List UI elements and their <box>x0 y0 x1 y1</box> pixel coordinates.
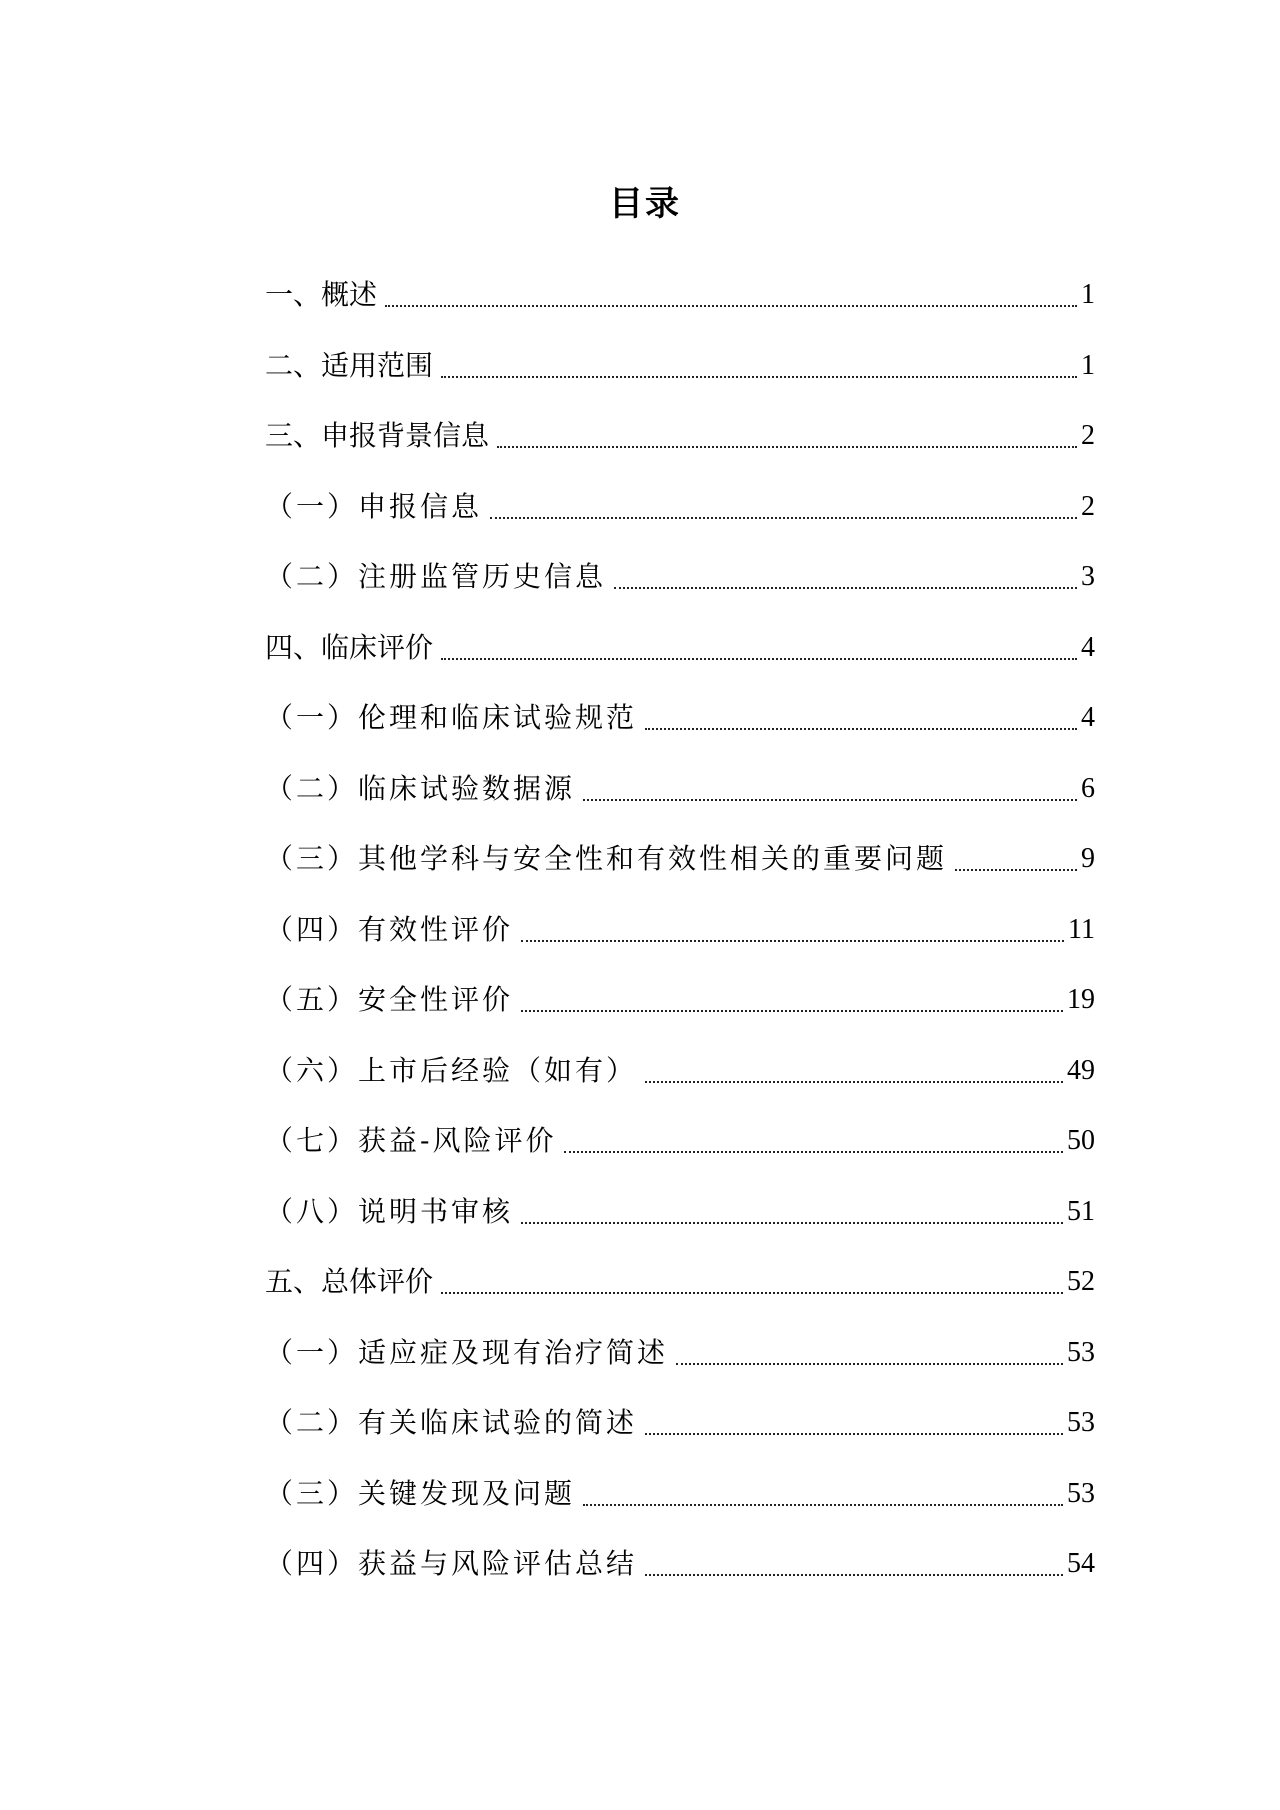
table-of-contents: 一、概述1 二、适用范围1 三、申报背景信息2 （一）申报信息2 （二）注册监管… <box>265 275 1095 1615</box>
toc-entry-label: （八）说明书审核 <box>265 1192 517 1232</box>
toc-entry[interactable]: 四、临床评价4 <box>265 628 1095 699</box>
dot-leader <box>441 346 1077 378</box>
toc-entry-label: （四）获益与风险评估总结 <box>265 1544 641 1584</box>
toc-entry[interactable]: （四）获益与风险评估总结54 <box>265 1544 1095 1615</box>
toc-entry-page: 4 <box>1081 698 1095 738</box>
toc-entry[interactable]: （五）安全性评价19 <box>265 980 1095 1051</box>
page-title: 目录 <box>0 176 1280 225</box>
dot-leader <box>645 1051 1063 1083</box>
toc-entry-page: 52 <box>1067 1262 1095 1302</box>
toc-entry-label: （六）上市后经验（如有） <box>265 1051 641 1091</box>
toc-entry[interactable]: （三）关键发现及问题53 <box>265 1474 1095 1545</box>
toc-entry-page: 53 <box>1067 1333 1095 1373</box>
dot-leader <box>521 910 1064 942</box>
toc-entry-page: 49 <box>1067 1051 1095 1091</box>
toc-entry-page: 3 <box>1081 557 1095 597</box>
dot-leader <box>614 557 1077 589</box>
toc-entry-label: 一、概述 <box>265 275 381 315</box>
toc-entry-page: 2 <box>1081 487 1095 527</box>
toc-entry-label: 二、适用范围 <box>265 346 437 386</box>
toc-entry-label: （二）有关临床试验的简述 <box>265 1403 641 1443</box>
dot-leader <box>521 1192 1063 1224</box>
toc-entry[interactable]: （一）申报信息2 <box>265 487 1095 558</box>
toc-entry[interactable]: 二、适用范围1 <box>265 346 1095 417</box>
toc-entry[interactable]: 三、申报背景信息2 <box>265 416 1095 487</box>
toc-entry[interactable]: （二）临床试验数据源6 <box>265 769 1095 840</box>
dot-leader <box>490 487 1077 519</box>
toc-entry-label: （二）临床试验数据源 <box>265 769 579 809</box>
toc-entry-label: （五）安全性评价 <box>265 980 517 1020</box>
toc-entry-page: 6 <box>1081 769 1095 809</box>
dot-leader <box>441 1262 1063 1294</box>
toc-entry-page: 1 <box>1081 346 1095 386</box>
toc-entry-page: 1 <box>1081 275 1095 315</box>
dot-leader <box>441 628 1077 660</box>
toc-entry-label: 三、申报背景信息 <box>265 416 493 456</box>
toc-entry-page: 50 <box>1067 1121 1095 1161</box>
toc-entry-label: （三）其他学科与安全性和有效性相关的重要问题 <box>265 839 951 879</box>
toc-entry[interactable]: （一）伦理和临床试验规范4 <box>265 698 1095 769</box>
dot-leader <box>385 275 1077 307</box>
toc-entry[interactable]: （一）适应症及现有治疗简述53 <box>265 1333 1095 1404</box>
toc-entry-label: （二）注册监管历史信息 <box>265 557 610 597</box>
toc-entry-label: 五、总体评价 <box>265 1262 437 1302</box>
toc-entry-label: （四）有效性评价 <box>265 910 517 950</box>
dot-leader <box>497 416 1077 448</box>
toc-entry-page: 53 <box>1067 1403 1095 1443</box>
toc-entry[interactable]: （八）说明书审核51 <box>265 1192 1095 1263</box>
dot-leader <box>645 1544 1063 1576</box>
dot-leader <box>521 980 1063 1012</box>
toc-entry[interactable]: 五、总体评价52 <box>265 1262 1095 1333</box>
toc-entry-label: （三）关键发现及问题 <box>265 1474 579 1514</box>
dot-leader <box>676 1333 1063 1365</box>
toc-entry-page: 9 <box>1081 839 1095 879</box>
dot-leader <box>583 769 1077 801</box>
toc-entry-page: 54 <box>1067 1544 1095 1584</box>
toc-entry-label: （一）适应症及现有治疗简述 <box>265 1333 672 1373</box>
dot-leader <box>955 839 1077 871</box>
dot-leader <box>564 1121 1063 1153</box>
toc-entry[interactable]: （二）注册监管历史信息3 <box>265 557 1095 628</box>
toc-entry-page: 19 <box>1067 980 1095 1020</box>
toc-entry[interactable]: （三）其他学科与安全性和有效性相关的重要问题9 <box>265 839 1095 910</box>
toc-entry-page: 53 <box>1067 1474 1095 1514</box>
toc-entry[interactable]: （二）有关临床试验的简述53 <box>265 1403 1095 1474</box>
toc-entry[interactable]: （七）获益-风险评价50 <box>265 1121 1095 1192</box>
toc-entry-label: （七）获益-风险评价 <box>265 1121 560 1161</box>
toc-entry-page: 4 <box>1081 628 1095 668</box>
toc-entry[interactable]: 一、概述1 <box>265 275 1095 346</box>
toc-entry-page: 51 <box>1067 1192 1095 1232</box>
dot-leader <box>583 1474 1063 1506</box>
toc-entry-page: 2 <box>1081 416 1095 456</box>
dot-leader <box>645 698 1077 730</box>
toc-entry[interactable]: （六）上市后经验（如有）49 <box>265 1051 1095 1122</box>
dot-leader <box>645 1403 1063 1435</box>
toc-entry-label: （一）伦理和临床试验规范 <box>265 698 641 738</box>
toc-entry[interactable]: （四）有效性评价11 <box>265 910 1095 981</box>
toc-entry-label: （一）申报信息 <box>265 487 486 527</box>
toc-entry-page: 11 <box>1068 910 1095 950</box>
toc-entry-label: 四、临床评价 <box>265 628 437 668</box>
